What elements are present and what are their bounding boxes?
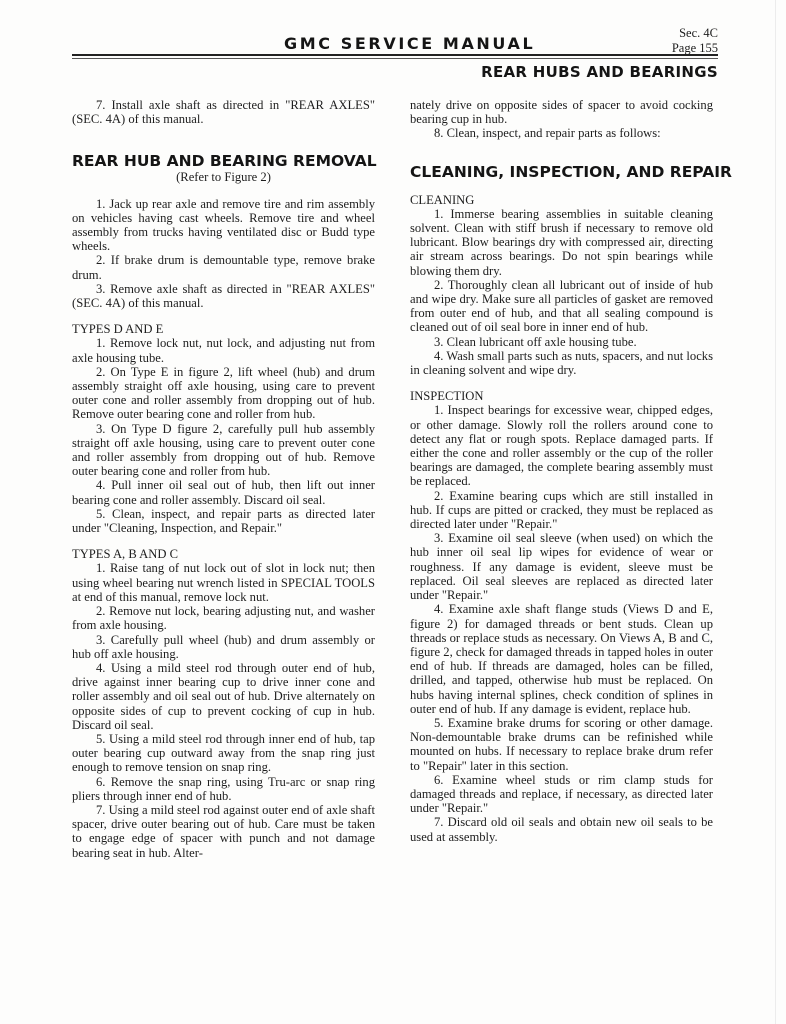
left-column: 7. Install axle shaft as directed in "RE… [72,98,375,860]
types-a-b-c-step: 5. Using a mild steel rod through inner … [72,732,375,775]
types-d-e-steps: 1. Remove lock nut, nut lock, and adjust… [72,336,375,535]
removal-heading: REAR HUB AND BEARING REMOVAL [72,152,375,170]
continuation-text: nately drive on opposite sides of spacer… [410,98,713,126]
inspection-step: 1. Inspect bearings for excessive wear, … [410,403,713,488]
header-rule-thick [72,54,718,56]
types-d-e-step: 1. Remove lock nut, nut lock, and adjust… [72,336,375,364]
cleaning-step: 4. Wash small parts such as nuts, spacer… [410,349,713,377]
figure-reference: (Refer to Figure 2) [72,170,375,184]
types-a-b-c-steps: 1. Raise tang of nut lock out of slot in… [72,561,375,859]
types-a-b-c-step: 3. Carefully pull wheel (hub) and drum a… [72,633,375,661]
types-a-b-c-step: 6. Remove the snap ring, using Tru-arc o… [72,775,375,803]
types-a-b-c-step: 2. Remove nut lock, bearing adjusting nu… [72,604,375,632]
right-column: nately drive on opposite sides of spacer… [410,98,713,844]
section-number: Sec. 4C [672,26,718,41]
removal-steps: 1. Jack up rear axle and remove tire and… [72,197,375,311]
removal-step: 2. If brake drum is demountable type, re… [72,253,375,281]
removal-step: 1. Jack up rear axle and remove tire and… [72,197,375,254]
inspection-step: 6. Examine wheel studs or rim clamp stud… [410,773,713,816]
install-axle-step: 7. Install axle shaft as directed in "RE… [72,98,375,126]
types-a-b-c-step: 1. Raise tang of nut lock out of slot in… [72,561,375,604]
types-a-b-c-subheading: TYPES A, B AND C [72,547,375,561]
cleaning-inspection-repair-heading: CLEANING, INSPECTION, AND REPAIR [410,163,713,181]
inspection-subheading: INSPECTION [410,389,713,403]
inspection-step: 3. Examine oil seal sleeve (when used) o… [410,531,713,602]
types-a-b-c-step: 4. Using a mild steel rod through outer … [72,661,375,732]
cleaning-step: 3. Clean lubricant off axle housing tube… [410,335,713,349]
inspection-step: 2. Examine bearing cups which are still … [410,489,713,532]
types-d-e-subheading: TYPES D AND E [72,322,375,336]
inspection-steps: 1. Inspect bearings for excessive wear, … [410,403,713,843]
section-page-block: Sec. 4C Page 155 [672,26,718,56]
inspection-step: 7. Discard old oil seals and obtain new … [410,815,713,843]
cleaning-subheading: CLEANING [410,193,713,207]
removal-step: 3. Remove axle shaft as directed in "REA… [72,282,375,310]
inspection-step: 5. Examine brake drums for scoring or ot… [410,716,713,773]
clean-inspect-step: 8. Clean, inspect, and repair parts as f… [410,126,713,140]
page-edge [775,0,776,1024]
header-rule-thin [72,58,718,59]
inspection-step: 4. Examine axle shaft flange studs (View… [410,602,713,716]
types-d-e-step: 4. Pull inner oil seal out of hub, then … [72,478,375,506]
cleaning-steps: 1. Immerse bearing assemblies in suitabl… [410,207,713,377]
types-d-e-step: 3. On Type D figure 2, carefully pull hu… [72,422,375,479]
section-title: REAR HUBS AND BEARINGS [481,63,718,81]
types-d-e-step: 2. On Type E in figure 2, lift wheel (hu… [72,365,375,422]
types-a-b-c-step: 7. Using a mild steel rod against outer … [72,803,375,860]
cleaning-step: 2. Thoroughly clean all lubricant out of… [410,278,713,335]
types-d-e-step: 5. Clean, inspect, and repair parts as d… [72,507,375,535]
cleaning-step: 1. Immerse bearing assemblies in suitabl… [410,207,713,278]
manual-title: GMC SERVICE MANUAL [284,34,535,53]
